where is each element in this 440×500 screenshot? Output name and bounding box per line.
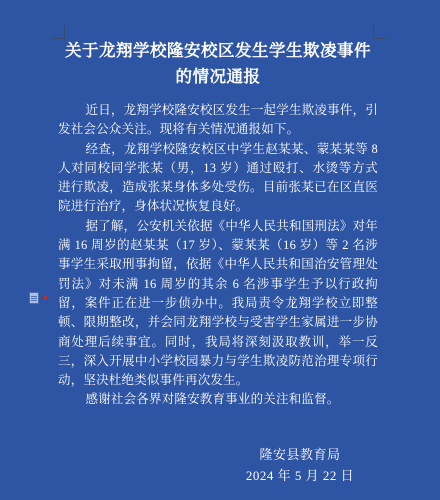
icon-text-line [31, 300, 37, 301]
icon-text-line [31, 298, 37, 299]
paste-options-icon[interactable] [29, 292, 39, 304]
notice-body: 近日，龙翔学校隆安校区发生一起学生欺凌事件，引发社会公众关注。现将有关情况通报如… [58, 101, 378, 410]
signature-organization: 隆安县教育局 [218, 444, 382, 465]
red-dot-marker [44, 296, 47, 299]
text-boundary-mark-right [373, 25, 386, 39]
notice-text-block: 关于龙翔学校隆安校区发生学生欺凌事件 的情况通报 近日，龙翔学校隆安校区发生一起… [58, 38, 378, 410]
paragraph-measures: 据了解，公安机关依据《中华人民共和国刑法》对年满 16 周岁的赵某某（17 岁）… [58, 217, 378, 391]
title-line-1: 关于龙翔学校隆安校区发生学生欺凌事件 [58, 38, 378, 64]
notice-title: 关于龙翔学校隆安校区发生学生欺凌事件 的情况通报 [58, 38, 378, 90]
icon-text-line [31, 296, 37, 297]
notice-page: 关于龙翔学校隆安校区发生学生欺凌事件 的情况通报 近日，龙翔学校隆安校区发生一起… [0, 0, 440, 500]
text-boundary-mark-left [52, 25, 65, 39]
paragraph-thanks: 感谢社会各界对隆安教育事业的关注和监督。 [58, 390, 378, 409]
paragraph-investigation: 经查，龙翔学校隆安校区中学生赵某某、蒙某某等 8 人对同校同学张某（男，13 岁… [58, 140, 378, 217]
signature-date: 2024 年 5 月 22 日 [218, 465, 382, 486]
signature-block: 隆安县教育局 2024 年 5 月 22 日 [218, 444, 382, 486]
title-line-2: 的情况通报 [58, 64, 378, 90]
paragraph-intro: 近日，龙翔学校隆安校区发生一起学生欺凌事件，引发社会公众关注。现将有关情况通报如… [58, 101, 378, 140]
